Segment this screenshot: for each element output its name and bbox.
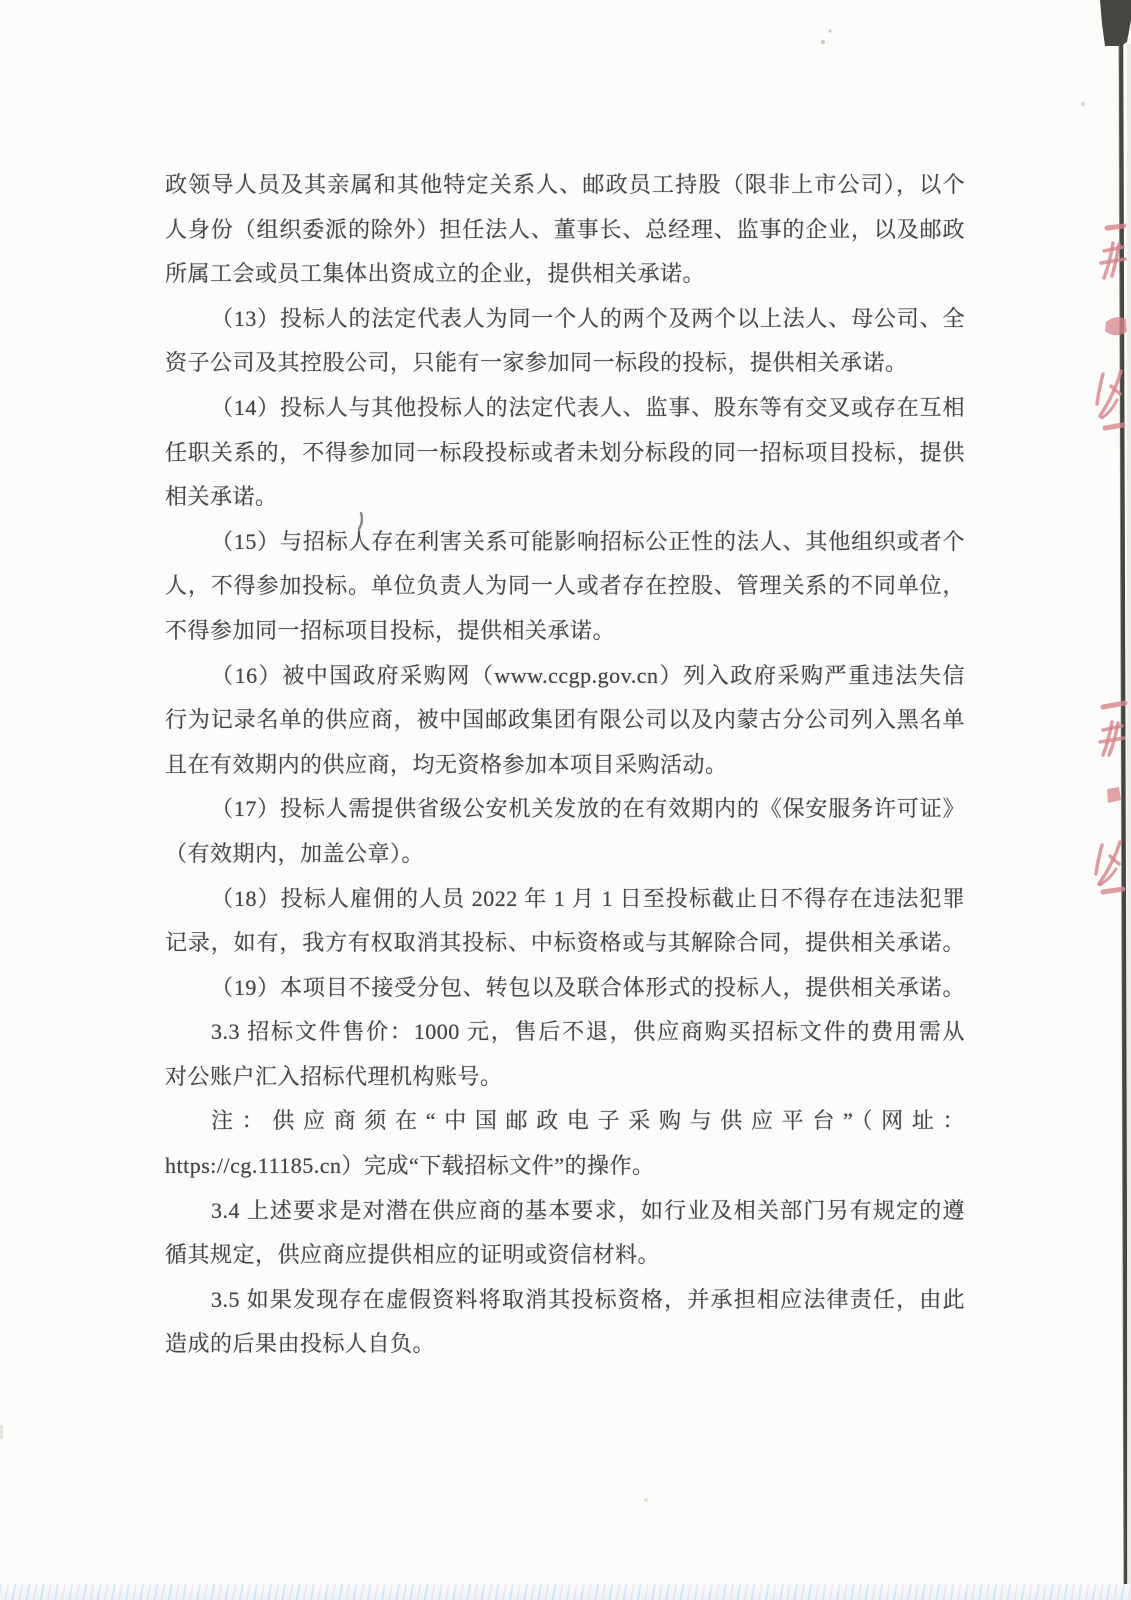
red-ink-marks-upper	[1097, 226, 1127, 428]
text-line: 资子公司及其控股公司，只能有一家参加同一标段的投标，提供相关承诺。	[165, 341, 965, 386]
text-line: （有效期内，加盖公章）。	[165, 832, 965, 877]
ink-speck	[828, 29, 831, 32]
red-ink-dash	[1107, 226, 1124, 228]
page-edge-highlight	[1119, 44, 1124, 1580]
text-line: 人，不得参加投标。单位负责人为同一人或者存在控股、管理关系的不同单位，	[165, 564, 965, 609]
text-line: （14）投标人与其他投标人的法定代表人、监事、股东等有交叉或存在互相	[165, 386, 965, 431]
scan-corner-shadow	[1100, 0, 1131, 46]
red-ink-dash	[1103, 889, 1123, 892]
text-line: （18）投标人雇佣的人员 2022 年 1 月 1 日至投标截止日不得存在违法犯…	[165, 877, 965, 922]
text-line: 循其规定，供应商应提供相应的证明或资信材料。	[165, 1233, 965, 1278]
beyond-edge-strip	[1127, 44, 1131, 1590]
ink-speck	[821, 40, 825, 44]
text-line: 对公账户汇入招标代理机构账号。	[165, 1055, 965, 1100]
text-line: 所属工会或员工集体出资成立的企业，提供相关承诺。	[165, 252, 965, 297]
edge-nick	[0, 1425, 3, 1439]
red-ink-marks-lower	[1096, 703, 1125, 892]
text-line: 且在有效期内的供应商，均无资格参加本项目采购活动。	[165, 743, 965, 788]
text-line: （19）本项目不接受分包、转包以及联合体形式的投标人，提供相关承诺。	[165, 966, 965, 1011]
text-line: 注：供应商须在“中国邮政电子采购与供应平台”（网址：	[165, 1099, 965, 1144]
ink-speck	[644, 1498, 648, 1502]
text-line: 相关承诺。	[165, 475, 965, 520]
red-ink-dash	[1105, 425, 1123, 428]
text-line: （15）与招标人存在利害关系可能影响招标公正性的法人、其他组织或者个	[165, 520, 965, 565]
red-ink-blob	[1105, 317, 1127, 335]
text-line: 政领导人员及其亲属和其他特定关系人、邮政员工持股（限非上市公司），以个	[165, 163, 965, 208]
page-edge-line	[1121, 44, 1126, 1588]
text-line: 人身份（组织委派的除外）担任法人、董事长、总经理、监事的企业，以及邮政	[165, 208, 965, 253]
text-line: 不得参加同一招标项目投标，提供相关承诺。	[165, 609, 965, 654]
scanned-page: 政领导人员及其亲属和其他特定关系人、邮政员工持股（限非上市公司），以个人身份（组…	[0, 0, 1131, 1600]
text-line: 行为记录名单的供应商，被中国邮政集团有限公司以及内蒙古分公司列入黑名单	[165, 698, 965, 743]
text-line: https://cg.11185.cn）完成“下载招标文件”的操作。	[165, 1144, 965, 1189]
red-ink-blob	[1107, 787, 1121, 803]
text-line: 任职关系的，不得参加同一标段投标或者未划分标段的同一招标项目投标，提供	[165, 431, 965, 476]
text-line: 3.4 上述要求是对潜在供应商的基本要求，如行业及相关部门另有规定的遵	[165, 1189, 965, 1234]
red-ink-character-fragment	[1097, 371, 1121, 418]
ink-speck	[1081, 102, 1085, 106]
text-line: 记录，如有，我方有权取消其投标、中标资格或与其解除合同，提供相关承诺。	[165, 921, 965, 966]
text-line: 3.5 如果发现存在虚假资料将取消其投标资格，并承担相应法律责任，由此	[165, 1278, 965, 1323]
document-text: 政领导人员及其亲属和其他特定关系人、邮政员工持股（限非上市公司），以个人身份（组…	[165, 163, 965, 1367]
text-line: 3.3 招标文件售价：1000 元，售后不退，供应商购买招标文件的费用需从	[165, 1010, 965, 1055]
red-ink-character-fragment	[1096, 842, 1120, 885]
text-line: （13）投标人的法定代表人为同一个人的两个及两个以上法人、母公司、全	[165, 297, 965, 342]
text-line: 造成的后果由投标人自负。	[165, 1322, 965, 1367]
text-line: （17）投标人需提供省级公安机关发放的在有效期内的《保安服务许可证》	[165, 787, 965, 832]
red-ink-dash	[1103, 703, 1125, 707]
text-line: （16）被中国政府采购网（www.ccgp.gov.cn）列入政府采购严重违法失…	[165, 654, 965, 699]
red-ink-character-fragment	[1100, 722, 1124, 755]
red-ink-character-fragment	[1101, 243, 1125, 278]
bottom-edge-pattern	[0, 1584, 1131, 1600]
